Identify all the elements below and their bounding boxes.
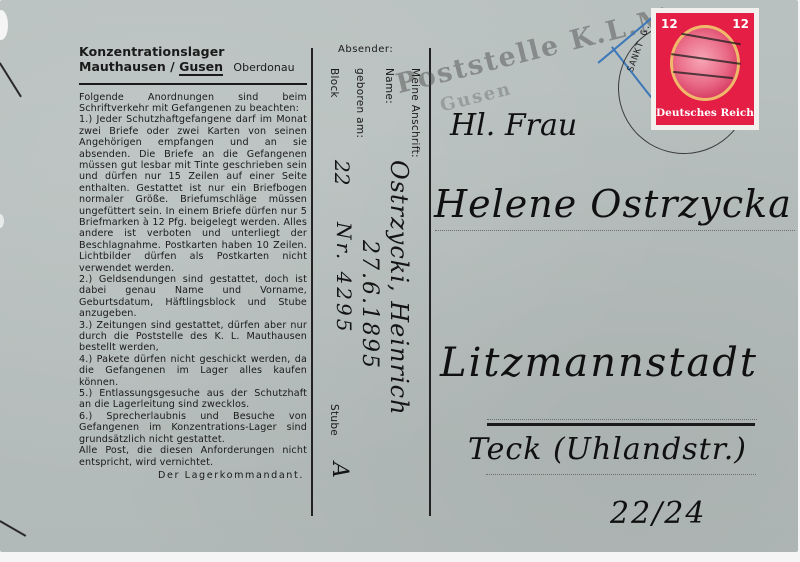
- crease-mark: [0, 62, 22, 97]
- subcamp-name: Gusen: [179, 59, 223, 76]
- camp-name: Konzentrationslager: [79, 44, 307, 59]
- stamp-face: 12 12 Deutsches Reich: [656, 13, 754, 125]
- header-divider: [79, 83, 307, 85]
- sender-name-handwritten: Ostrzycki, Heinrich: [385, 160, 413, 416]
- birthdate-handwritten: 27.6.1895: [357, 240, 382, 370]
- address-line: [486, 474, 756, 475]
- punch-hole-small: [0, 214, 4, 228]
- postcard: Konzentrationslager Mauthausen / Gusen O…: [0, 0, 798, 552]
- rule-item: 2.) Geldsendungen sind gestattet, doch i…: [79, 274, 307, 320]
- rule-item: 3.) Zeitungen sind gestattet, dürfen abe…: [79, 320, 307, 354]
- camp-location-text: Mauthausen /: [79, 59, 175, 74]
- born-label: geboren am:: [354, 68, 366, 138]
- column-divider: [429, 48, 431, 516]
- punch-hole: [0, 10, 8, 40]
- recipient-house-number: 22/24: [610, 496, 706, 531]
- block-label: Block: [328, 68, 340, 98]
- rule-item: 6.) Sprecherlaubnis und Besuche von Gefa…: [79, 411, 307, 445]
- prisoner-number-handwritten: Nr. 4295: [332, 222, 356, 334]
- column-divider: [311, 48, 313, 516]
- rules-intro: Folgende Anordnungen sind beim Schriftve…: [79, 92, 307, 115]
- commandant-signature: Der Lagerkommandant.: [79, 470, 307, 481]
- recipient-street: Teck (Uhlandstr.): [468, 432, 747, 467]
- rule-closing: Alle Post, die diesen Anforderungen nich…: [79, 445, 307, 468]
- postage-stamp: 12 12 Deutsches Reich: [651, 8, 759, 130]
- rules-text: Folgende Anordnungen sind beim Schriftve…: [79, 92, 307, 468]
- room-handwritten: A: [327, 462, 352, 478]
- sender-label: Absender:: [338, 44, 393, 55]
- stamp-value-left: 12: [661, 17, 678, 31]
- recipient-salutation: Hl. Frau: [450, 108, 577, 143]
- stamp-value-right: 12: [732, 17, 749, 31]
- recipient-city: Litzmannstadt: [440, 340, 758, 386]
- crease-mark: [0, 520, 26, 536]
- stamp-caption: Deutsches Reich: [656, 107, 754, 119]
- rule-item: 5.) Entlassungsgesuche aus der Schutzhaf…: [79, 388, 307, 411]
- block-handwritten: 22: [330, 160, 354, 185]
- room-label: Stube: [328, 404, 340, 436]
- rule-item: 4.) Pakete dürfen nicht geschickt werden…: [79, 354, 307, 388]
- address-line: [435, 230, 795, 231]
- region-name: Oberdonau: [233, 61, 294, 74]
- address-line: [487, 419, 757, 420]
- camp-location: Mauthausen / Gusen Oberdonau: [79, 59, 307, 75]
- rule-item: 1.) Jeder Schutzhaftgefangene darf im Mo…: [79, 114, 307, 274]
- recipient-name: Helene Ostrzycka: [434, 182, 792, 226]
- city-underline: [487, 423, 755, 426]
- rules-panel: Konzentrationslager Mauthausen / Gusen O…: [79, 44, 307, 481]
